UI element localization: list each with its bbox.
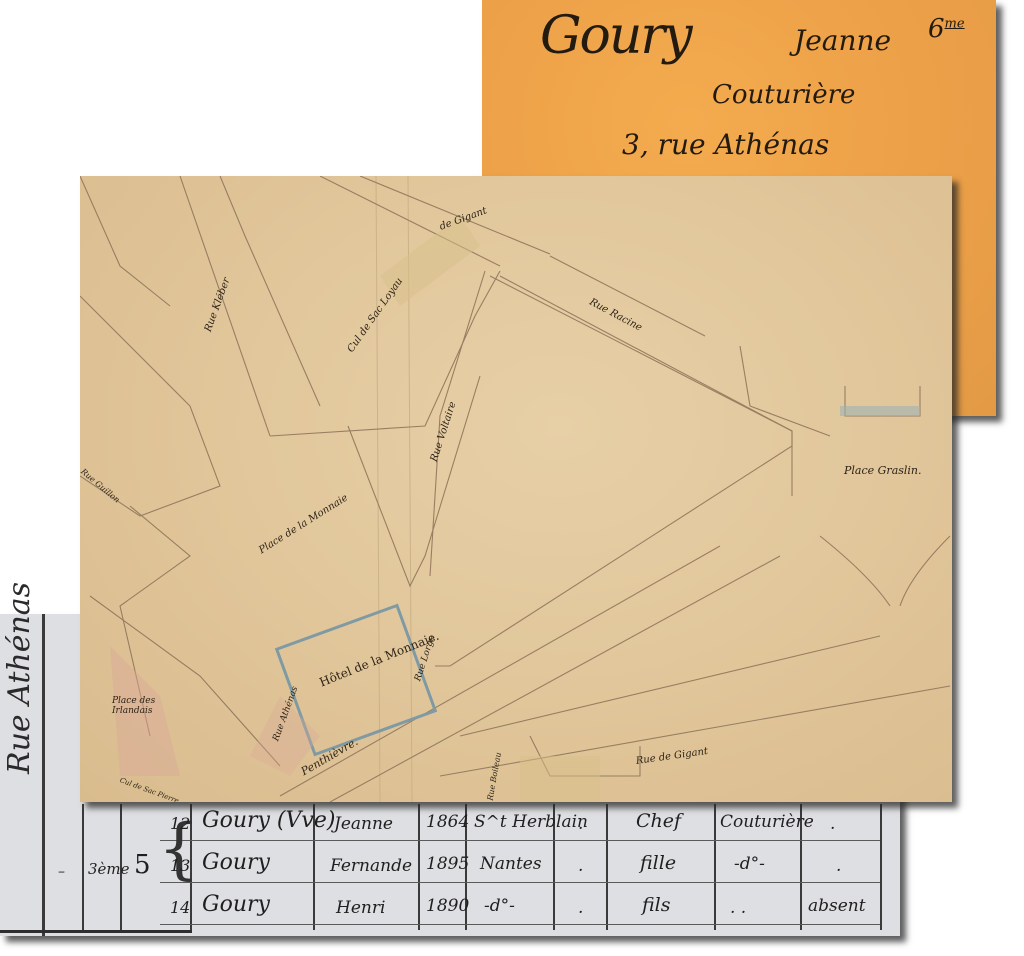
- row-number: 14: [170, 898, 190, 917]
- occupation: . .: [730, 898, 746, 918]
- occupation: -d°-: [734, 854, 765, 874]
- column-divider: [82, 804, 84, 930]
- note: .: [836, 856, 841, 876]
- note: .: [830, 814, 835, 834]
- card-occupation: Couturière: [712, 80, 855, 110]
- birth-year: 1890: [426, 896, 469, 916]
- household-number: 5: [134, 850, 151, 880]
- register-street-name: Rue Athénas: [2, 582, 37, 774]
- label-place-irlandais: Place des Irlandais: [112, 696, 172, 716]
- card-ward-suffix: me: [945, 16, 965, 31]
- column-divider: [606, 804, 608, 930]
- row-rule: [0, 930, 192, 933]
- nationality: .: [578, 814, 583, 834]
- floor: 3ème: [88, 860, 130, 878]
- first-name: Henri: [336, 898, 385, 918]
- relation: fils: [642, 894, 671, 916]
- margin-rule: [42, 614, 45, 936]
- house-number: –: [58, 864, 65, 880]
- row-rule: [160, 882, 880, 883]
- label-place-graslin: Place Graslin.: [844, 464, 922, 477]
- card-surname: Goury: [540, 6, 691, 66]
- birthplace: Nantes: [480, 854, 542, 874]
- first-name: Jeanne: [334, 814, 393, 834]
- surname: Goury: [202, 850, 270, 875]
- map-drawing: [80, 176, 952, 802]
- row-number: 13: [170, 856, 190, 875]
- column-divider: [880, 804, 882, 930]
- occupation: Couturière: [720, 812, 814, 832]
- birthplace: S^t Herblain: [474, 812, 588, 832]
- row-rule: [160, 924, 880, 925]
- nationality: .: [578, 898, 583, 918]
- relation: fille: [640, 852, 676, 874]
- card-first-name: Jeanne: [794, 24, 891, 57]
- column-divider: [418, 804, 420, 930]
- first-name: Fernande: [330, 856, 412, 876]
- surname: Goury (Vve): [202, 808, 335, 833]
- card-ward: 6me: [928, 14, 965, 44]
- card-address: 3, rue Athénas: [622, 128, 829, 161]
- card-ward-number: 6: [928, 14, 945, 44]
- surname: Goury: [202, 892, 270, 917]
- row-rule: [160, 840, 880, 841]
- column-divider: [714, 804, 716, 930]
- relation: Chef: [636, 810, 681, 832]
- birth-year: 1864: [426, 812, 469, 832]
- row-number: 12: [170, 814, 190, 833]
- birthplace: -d°-: [484, 896, 515, 916]
- historic-street-map: de Gigant Rue Kléber Cul de Sac Loyau Ru…: [80, 176, 952, 802]
- nationality: .: [578, 856, 583, 876]
- note: absent: [808, 896, 866, 916]
- birth-year: 1895: [426, 854, 469, 874]
